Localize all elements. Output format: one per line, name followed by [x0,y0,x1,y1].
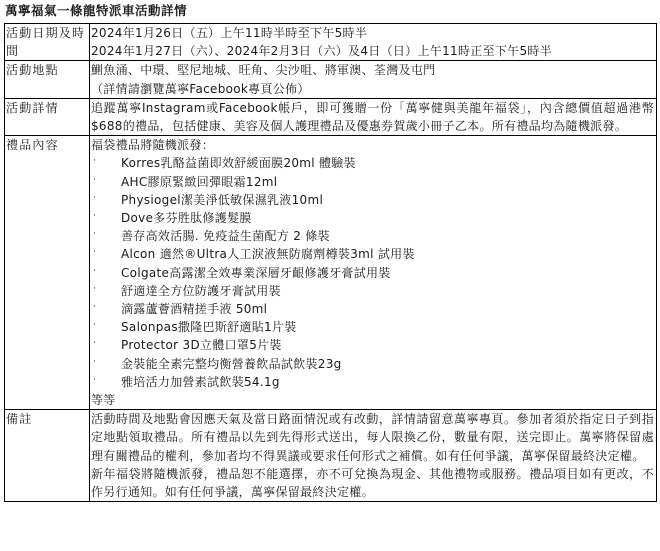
bullet-icon: · [93,355,96,369]
gift-item-text: 滴露蘆薈酒精搓手液 50ml [121,302,267,316]
label-gifts: 禮品內容 [5,136,90,410]
row-datetime: 活動日期及時間 2024年1月26日（五）上午11時半時至下午5時半 2024年… [5,24,657,61]
row-location: 活動地點 鰂魚涌、中環、堅尼地城、旺角、尖沙咀、將軍澳、荃灣及屯門 （詳情請瀏覽… [5,61,657,98]
bullet-icon: · [93,282,96,296]
gift-item-text: Korres乳酪益菌即效舒緩面膜20ml 體驗裝 [121,156,356,170]
value-gifts: 福袋禮品將隨機派發： ·Korres乳酪益菌即效舒緩面膜20ml 體驗裝 ·AH… [90,136,657,410]
gift-item-text: Protector 3D立體口罩5片裝 [121,338,282,352]
gift-item-text: Salonpas撒隆巴斯舒適貼1片裝 [121,320,297,334]
gift-item: ·Physiogel潔美淨低敏保濕乳液10ml [91,191,654,209]
gift-item-text: 舒適達全方位防護牙膏試用裝 [121,284,281,298]
datetime-line-1: 2024年1月26日（五）上午11時半時至下午5時半 [91,24,654,42]
value-datetime: 2024年1月26日（五）上午11時半時至下午5時半 2024年1月27日（六）… [90,24,657,61]
bullet-icon: · [93,209,96,223]
gift-item: ·金裝能全素完整均衡營養飲品試飲裝23g [91,355,654,373]
gift-item: ·Salonpas撒隆巴斯舒適貼1片裝 [91,318,654,336]
bullet-icon: · [93,227,96,241]
value-location: 鰂魚涌、中環、堅尼地城、旺角、尖沙咀、將軍澳、荃灣及屯門 （詳情請瀏覽萬寧Fac… [90,61,657,98]
gift-item-text: 善存高效活腸. 免疫益生菌配方 2 條裝 [121,229,330,243]
gift-item-text: Dove多芬胜肽修護髮膜 [121,211,252,225]
gift-item-text: AHC膠原緊緻回彈眼霜12ml [121,175,277,189]
datetime-line-2: 2024年1月27日（六）、2024年2月3日（六）及4日（日）上午11時正至下… [91,42,654,60]
value-remarks: 活動時間及地點會因應天氣及當日路面情況或有改動，詳情請留意萬寧專頁。參加者須於指… [90,410,657,502]
value-event: 追蹤萬寧Instagram或Facebook帳戶，即可獲贈一份「萬寧健與美龍年福… [90,98,657,135]
gift-item: ·雅培活力加營素試飲裝54.1g [91,373,654,391]
bullet-icon: · [93,191,96,205]
gift-item-text: 金裝能全素完整均衡營養飲品試飲裝23g [121,357,342,371]
gift-item-text: Colgate高露潔全效專業深層牙齦修護牙膏試用裝 [121,266,391,280]
gift-item: ·善存高效活腸. 免疫益生菌配方 2 條裝 [91,227,654,245]
gift-item-text: Alcon 適然®Ultra人工淚液無防腐劑樽裝3ml 試用裝 [121,247,415,261]
bullet-icon: · [93,373,96,387]
event-details-page: 萬寧福氣一條龍特派車活動詳情 活動日期及時間 2024年1月26日（五）上午11… [0,0,660,502]
gift-item: ·Colgate高露潔全效專業深層牙齦修護牙膏試用裝 [91,264,654,282]
bullet-icon: · [93,173,96,187]
bullet-icon: · [93,336,96,350]
location-line-2: （詳情請瀏覽萬寧Facebook專頁公佈） [91,80,654,98]
bullet-icon: · [93,300,96,314]
remarks-paragraph-2: 新年福袋將隨機派發，禮品恕不能選擇，亦不可兌換為現金、其他禮物或服務。禮品項目如… [91,465,654,501]
bullet-icon: · [93,318,96,332]
gift-list: ·Korres乳酪益菌即效舒緩面膜20ml 體驗裝 ·AHC膠原緊緻回彈眼霜12… [91,154,654,391]
gifts-intro: 福袋禮品將隨機派發： [91,136,654,154]
label-event: 活動詳情 [5,98,90,135]
gift-item: ·Protector 3D立體口罩5片裝 [91,336,654,354]
gift-item-text: 雅培活力加營素試飲裝54.1g [121,375,280,389]
bullet-icon: · [93,245,96,259]
bullet-icon: · [93,154,96,168]
row-gifts: 禮品內容 福袋禮品將隨機派發： ·Korres乳酪益菌即效舒緩面膜20ml 體驗… [5,136,657,410]
gift-item: ·滴露蘆薈酒精搓手液 50ml [91,300,654,318]
bullet-icon: · [93,264,96,278]
gift-item: ·舒適達全方位防護牙膏試用裝 [91,282,654,300]
gift-item: ·AHC膠原緊緻回彈眼霜12ml [91,173,654,191]
event-description: 追蹤萬寧Instagram或Facebook帳戶，即可獲贈一份「萬寧健與美龍年福… [91,99,654,135]
gift-item: ·Korres乳酪益菌即效舒緩面膜20ml 體驗裝 [91,154,654,172]
gift-item: ·Dove多芬胜肽修護髮膜 [91,209,654,227]
gift-item-text: Physiogel潔美淨低敏保濕乳液10ml [121,193,323,207]
page-title: 萬寧福氣一條龍特派車活動詳情 [5,2,656,20]
gift-item: ·Alcon 適然®Ultra人工淚液無防腐劑樽裝3ml 試用裝 [91,245,654,263]
row-remarks: 備註 活動時間及地點會因應天氣及當日路面情況或有改動，詳情請留意萬寧專頁。參加者… [5,410,657,502]
location-line-1: 鰂魚涌、中環、堅尼地城、旺角、尖沙咀、將軍澳、荃灣及屯門 [91,61,654,79]
remarks-paragraph-1: 活動時間及地點會因應天氣及當日路面情況或有改動，詳情請留意萬寧專頁。參加者須於指… [91,410,654,465]
label-datetime: 活動日期及時間 [5,24,90,61]
label-remarks: 備註 [5,410,90,502]
label-location: 活動地點 [5,61,90,98]
event-details-table: 活動日期及時間 2024年1月26日（五）上午11時半時至下午5時半 2024年… [4,23,657,502]
gifts-outro: 等等 [91,391,654,409]
row-event: 活動詳情 追蹤萬寧Instagram或Facebook帳戶，即可獲贈一份「萬寧健… [5,98,657,135]
